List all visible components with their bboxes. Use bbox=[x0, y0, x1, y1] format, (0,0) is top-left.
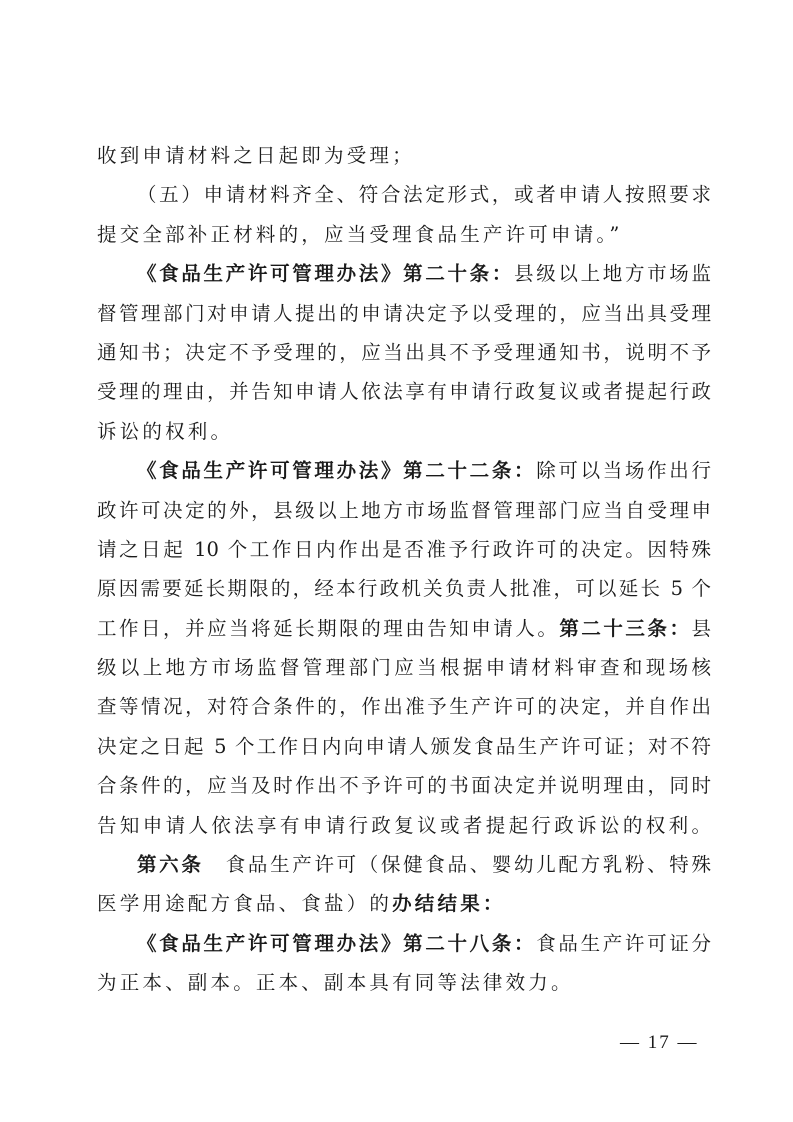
paragraph-line: 工作日，并应当将延长期限的理由告知申请人。第二十三条：县 bbox=[97, 609, 711, 648]
paragraph-line: 合条件的，应当及时作出不予许可的书面决定并说明理由，同时 bbox=[97, 766, 711, 805]
paragraph-line: （五）申请材料齐全、符合法定形式，或者申请人按照要求 bbox=[97, 175, 711, 214]
paragraph-line: 查等情况，对符合条件的，作出准予生产许可的决定，并自作出 bbox=[97, 687, 711, 726]
article-28-heading-line: 《食品生产许可管理办法》第二十八条：食品生产许可证分 bbox=[97, 924, 711, 963]
paragraph-line: 收到申请材料之日起即为受理； bbox=[97, 136, 711, 175]
paragraph-line: 政许可决定的外，县级以上地方市场监督管理部门应当自受理申 bbox=[97, 491, 711, 530]
paragraph-line: 督管理部门对申请人提出的申请决定予以受理的，应当出具受理 bbox=[97, 294, 711, 333]
page-number: — 17 — bbox=[620, 1032, 699, 1054]
paragraph-line: 原因需要延长期限的，经本行政机关负责人批准，可以延长 5 个 bbox=[97, 569, 711, 608]
article-20-heading-line: 《食品生产许可管理办法》第二十条：县级以上地方市场监 bbox=[97, 254, 711, 293]
article-22-heading-line: 《食品生产许可管理办法》第二十二条：除可以当场作出行 bbox=[97, 451, 711, 490]
paragraph-line: 级以上地方市场监督管理部门应当根据申请材料审查和现场核 bbox=[97, 648, 711, 687]
paragraph-line: 决定之日起 5 个工作日内向申请人颁发食品生产许可证；对不符 bbox=[97, 727, 711, 766]
paragraph-line: 请之日起 10 个工作日内作出是否准予行政许可的决定。因特殊 bbox=[97, 530, 711, 569]
paragraph-line: 为正本、副本。正本、副本具有同等法律效力。 bbox=[97, 963, 711, 1002]
document-page: 收到申请材料之日起即为受理； （五）申请材料齐全、符合法定形式，或者申请人按照要… bbox=[97, 136, 711, 1003]
paragraph-line: 提交全部补正材料的，应当受理食品生产许可申请。” bbox=[97, 215, 711, 254]
paragraph-line: 受理的理由，并告知申请人依法享有申请行政复议或者提起行政 bbox=[97, 372, 711, 411]
paragraph-line: 医学用途配方食品、食盐）的办结结果： bbox=[97, 884, 711, 923]
article-6-heading-line: 第六条 食品生产许可（保健食品、婴幼儿配方乳粉、特殊 bbox=[97, 845, 711, 884]
paragraph-line: 诉讼的权利。 bbox=[97, 412, 711, 451]
paragraph-line: 通知书；决定不予受理的，应当出具不予受理通知书，说明不予 bbox=[97, 333, 711, 372]
paragraph-line: 告知申请人依法享有申请行政复议或者提起行政诉讼的权利。 bbox=[97, 806, 711, 845]
